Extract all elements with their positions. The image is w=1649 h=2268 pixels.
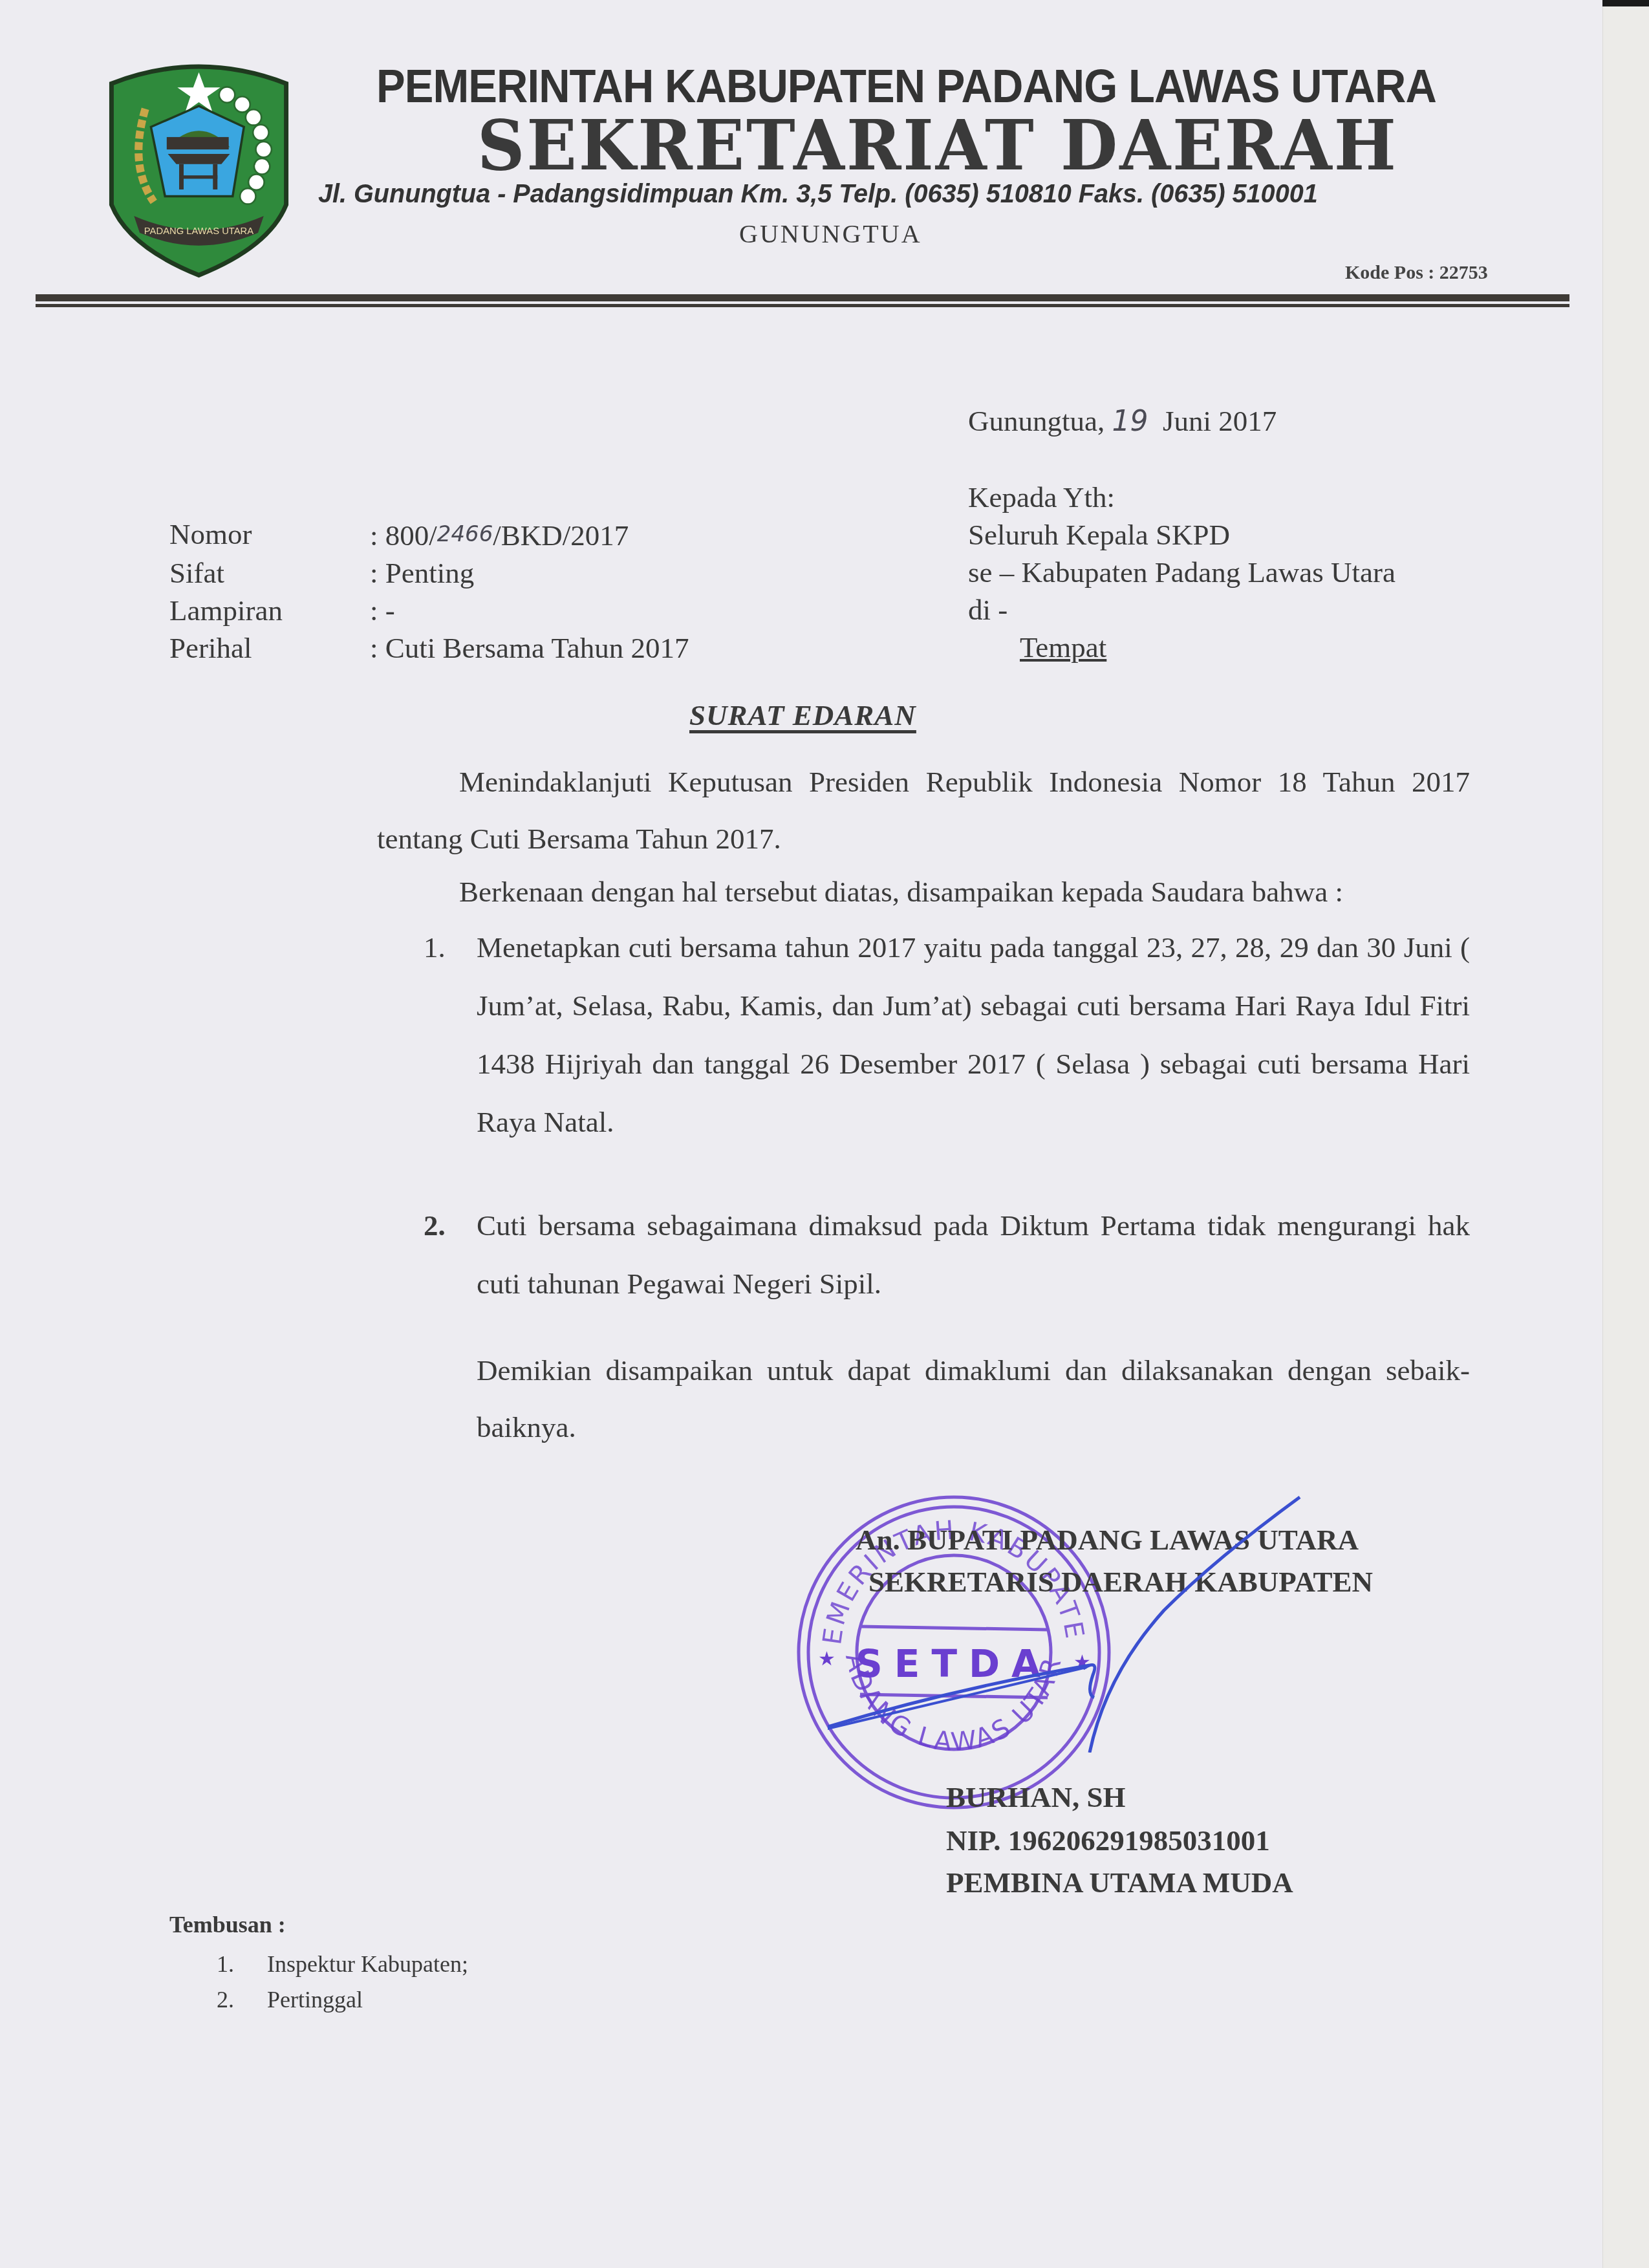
paragraph-1: Menindaklanjuti Keputusan Presiden Repub…	[377, 753, 1470, 867]
cc-item-number: 2.	[217, 1982, 267, 2018]
letter-date: Gunungtua, 19 Juni 2017	[968, 404, 1277, 438]
list-item: 2. Cuti bersama sebagaimana dimaksud pad…	[424, 1196, 1470, 1313]
recipient-salutation: Kepada Yth:	[968, 479, 1396, 516]
cc-label: Tembusan :	[169, 1911, 286, 1938]
closing-paragraph: Demikian disampaikan untuk dapat dimaklu…	[477, 1342, 1470, 1456]
perihal-value: : Cuti Bersama Tahun 2017	[370, 629, 689, 667]
perihal-label: Perihal	[169, 629, 370, 667]
cc-item-text: Pertinggal	[267, 1982, 363, 2018]
recipient-place: Tempat	[1020, 629, 1106, 666]
office-city: GUNUNGTUA	[739, 219, 922, 249]
letter-meta: Nomor : 800/2466/BKD/2017 Sifat : Pentin…	[169, 515, 689, 667]
recipient-line-1: Seluruh Kepala SKPD	[968, 516, 1396, 554]
document-title: SURAT EDARAN	[689, 698, 916, 732]
letterhead-rule-thin	[36, 304, 1569, 307]
nomor-handwritten: 2466	[437, 521, 493, 547]
lampiran-value: : -	[370, 592, 395, 629]
svg-text:PADANG LAWAS UTARA: PADANG LAWAS UTARA	[144, 226, 253, 237]
nomor-value: : 800/2466/BKD/2017	[370, 515, 629, 554]
office-address: Jl. Gunungtua - Padangsidimpuan Km. 3,5 …	[318, 180, 1318, 209]
sifat-label: Sifat	[169, 554, 370, 592]
signatory-name: BURHAN, SH	[946, 1780, 1126, 1814]
recipient-block: Kepada Yth: Seluruh Kepala SKPD se – Kab…	[968, 479, 1396, 666]
office-name: SEKRETARIAT DAERAH	[477, 105, 1398, 186]
recipient-line-2: se – Kabupaten Padang Lawas Utara	[968, 554, 1396, 591]
paragraph-2: Berkenaan dengan hal tersebut diatas, di…	[459, 863, 1343, 920]
scanner-background	[1602, 0, 1649, 2268]
handwritten-signature-icon	[828, 1481, 1345, 1753]
nomor-suffix: /BKD/2017	[493, 519, 629, 552]
list-item-text: Cuti bersama sebagaimana dimaksud pada D…	[477, 1196, 1470, 1313]
cc-item: 1. Inspektur Kabupaten;	[217, 1947, 468, 1982]
cc-item-number: 1.	[217, 1947, 267, 1982]
cc-item: 2. Pertinggal	[217, 1982, 468, 2018]
signatory-rank: PEMBINA UTAMA MUDA	[946, 1866, 1293, 1899]
nomor-prefix: : 800/	[370, 519, 437, 552]
recipient-line-3: di -	[968, 591, 1396, 629]
date-place: Gunungtua,	[968, 405, 1105, 437]
postal-code: Kode Pos : 22753	[1345, 262, 1488, 284]
date-day-handwritten: 19	[1112, 405, 1148, 438]
list-item-number: 1.	[424, 918, 477, 1151]
letterhead-rule-thick	[36, 294, 1569, 301]
scanner-edge	[1602, 0, 1649, 6]
cc-list: 1. Inspektur Kabupaten; 2. Pertinggal	[217, 1947, 468, 2018]
list-item-text: Menetapkan cuti bersama tahun 2017 yaitu…	[477, 918, 1470, 1151]
lampiran-label: Lampiran	[169, 592, 370, 629]
list-item-number: 2.	[424, 1196, 477, 1313]
signatory-nip: NIP. 196206291985031001	[946, 1824, 1270, 1857]
nomor-label: Nomor	[169, 515, 370, 554]
regency-emblem-icon: PADANG LAWAS UTARA	[100, 50, 297, 280]
list-item: 1. Menetapkan cuti bersama tahun 2017 ya…	[424, 918, 1470, 1151]
date-month-year: Juni 2017	[1163, 405, 1277, 437]
cc-item-text: Inspektur Kabupaten;	[267, 1947, 468, 1982]
sifat-value: : Penting	[370, 554, 474, 592]
